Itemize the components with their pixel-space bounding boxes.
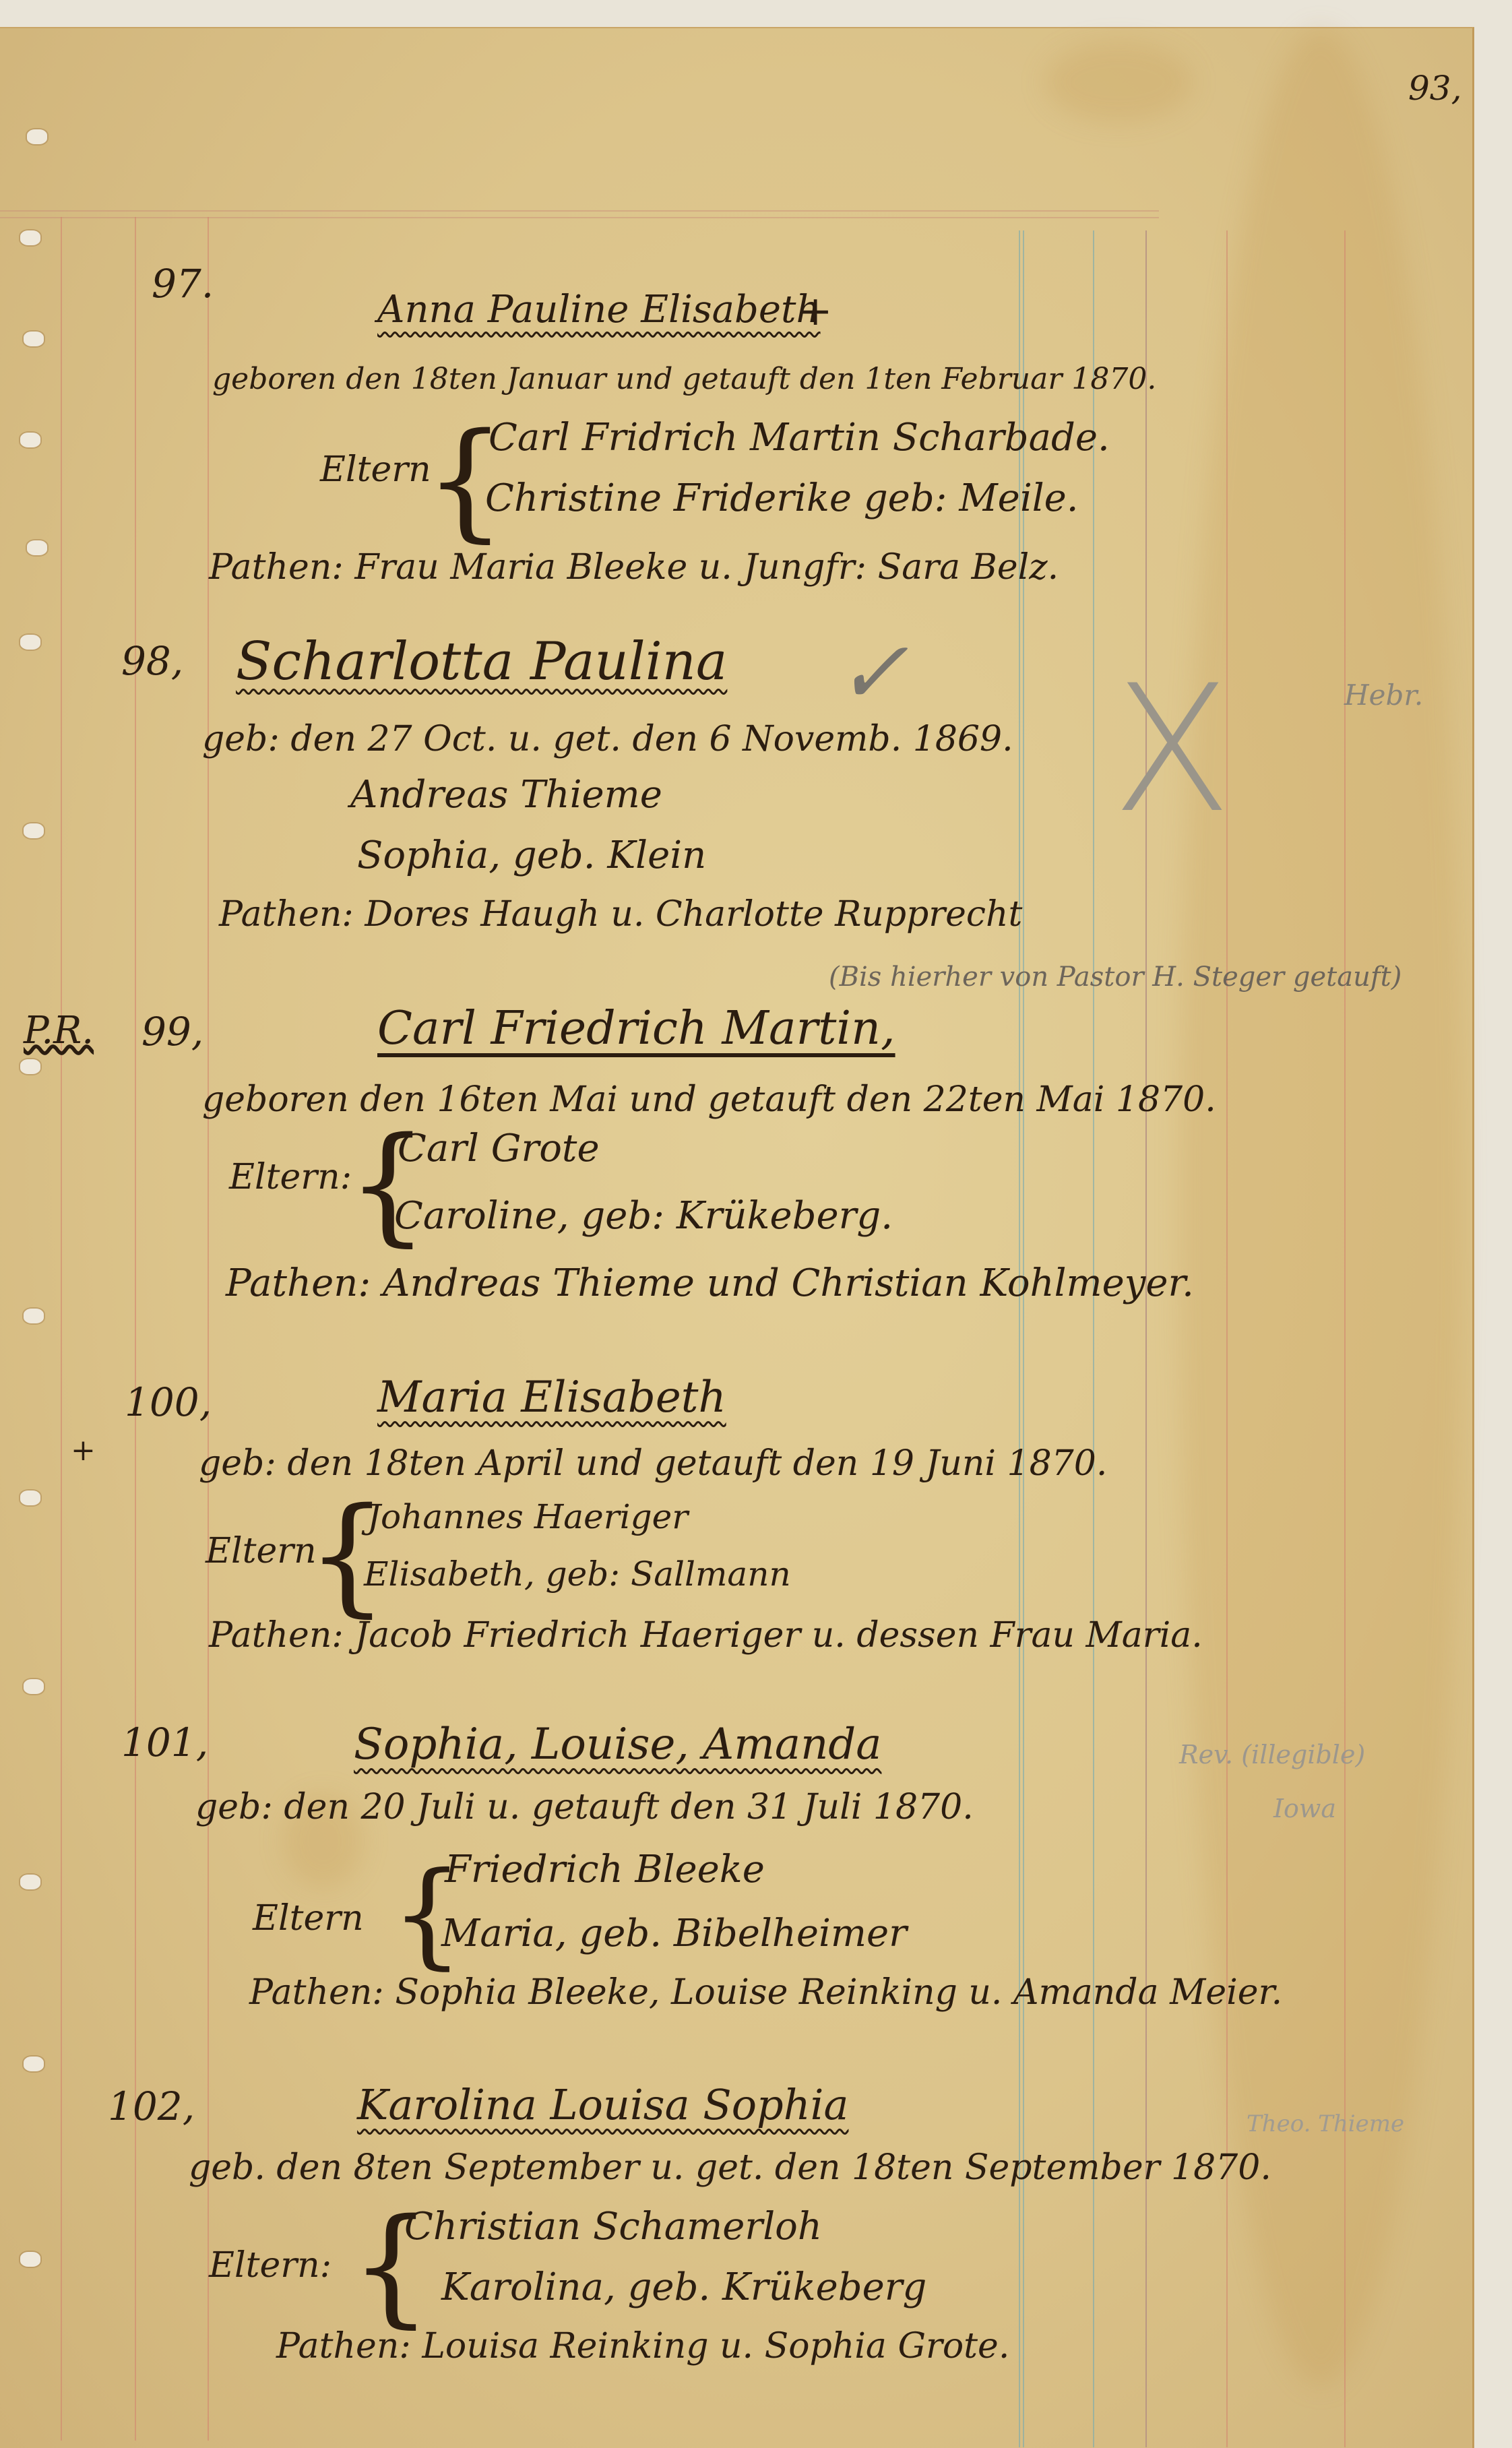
father-name: Andreas Thieme	[350, 773, 662, 817]
birth-baptism-dates: geb: den 27 Oct. u. get. den 6 Novemb. 1…	[202, 719, 1013, 759]
sponsors: Pathen: Dores Haugh u. Charlotte Rupprec…	[219, 894, 1022, 935]
binding-hole	[24, 2057, 44, 2071]
binding-hole	[24, 332, 44, 346]
binding-hole	[20, 1490, 40, 1505]
column-rule	[1145, 230, 1147, 2447]
binding-hole	[20, 2252, 40, 2267]
birth-baptism-dates: geb. den 8ten September u. get. den 18te…	[189, 2147, 1271, 2188]
child-name: Carl Friedrich Martin,	[377, 1002, 895, 1055]
death-cross-icon: +	[798, 288, 832, 335]
header-rule	[0, 217, 1159, 218]
left-margin-note: P.R.	[24, 1009, 94, 1053]
birth-baptism-dates: geboren den 18ten Januar und getauft den…	[212, 362, 1156, 396]
binding-hole	[20, 635, 40, 650]
father-name: Carl Grote	[398, 1127, 600, 1170]
father-name: Christian Schamerloh	[404, 2205, 822, 2249]
sponsors: Pathen: Jacob Friedrich Haeriger u. dess…	[209, 1615, 1203, 1656]
parents-label: Eltern	[206, 1531, 317, 1571]
parents-label: Eltern	[320, 449, 431, 490]
parents-label: Eltern:	[229, 1157, 352, 1197]
water-stain	[1044, 42, 1193, 123]
birth-baptism-dates: geb: den 20 Juli u. getauft den 31 Juli …	[195, 1787, 974, 1827]
pencil-x-mark-icon: X	[1112, 648, 1232, 852]
sponsors: Pathen: Frau Maria Bleeke u. Jungfr: Sar…	[209, 547, 1059, 588]
binding-hole	[24, 1679, 44, 1694]
header-rule	[0, 210, 1159, 212]
column-rule	[1226, 230, 1228, 2447]
binding-hole	[20, 433, 40, 447]
entry-number: 102,	[108, 2083, 195, 2129]
entry-number: 97.	[152, 261, 214, 307]
binding-hole	[20, 1875, 40, 1889]
water-stain	[1179, 28, 1462, 2387]
entry-number: 98,	[121, 638, 183, 684]
entry-number: 99,	[141, 1009, 203, 1055]
mother-name: Sophia, geb. Klein	[357, 834, 706, 877]
child-name: Anna Pauline Elisabeth	[377, 288, 821, 332]
child-name: Sophia, Louise, Amanda	[354, 1720, 881, 1769]
mother-name: Christine Friderike geb: Meile.	[485, 476, 1079, 520]
binding-hole	[20, 1059, 40, 1074]
mother-name: Maria, geb. Bibelheimer	[441, 1912, 907, 1955]
death-cross-icon: +	[71, 1433, 96, 1468]
entry-number: 100,	[125, 1379, 212, 1425]
margin-note: Hebr.	[1344, 679, 1423, 712]
binding-hole	[24, 1309, 44, 1323]
check-mark-icon: ✓	[836, 621, 909, 724]
birth-baptism-dates: geb: den 18ten April und getauft den 19 …	[199, 1443, 1107, 1484]
sponsors: Pathen: Louisa Reinking u. Sophia Grote.	[276, 2326, 1009, 2366]
margin-note: Theo. Thieme	[1247, 2110, 1404, 2137]
mother-name: Caroline, geb: Krükeberg.	[394, 1194, 893, 1238]
register-page: 93, 97. Anna Pauline Elisabeth + geboren…	[0, 27, 1474, 2448]
father-name: Friedrich Bleeke	[445, 1848, 765, 1891]
binding-hole	[24, 823, 44, 838]
margin-note: Rev. (illegible)	[1179, 1740, 1365, 1769]
child-name: Karolina Louisa Sophia	[357, 2080, 848, 2129]
mother-name: Elisabeth, geb: Sallmann	[364, 1555, 791, 1594]
binding-hole	[27, 540, 47, 555]
page-number: 93,	[1408, 69, 1462, 108]
mother-name: Karolina, geb. Krükeberg	[441, 2265, 926, 2309]
child-name: Scharlotta Paulina	[236, 631, 727, 692]
sponsors: Pathen: Andreas Thieme und Christian Koh…	[226, 1261, 1194, 1305]
sponsors: Pathen: Sophia Bleeke, Louise Reinking u…	[249, 1972, 1282, 2013]
pastor-note: (Bis hierher von Pastor H. Steger getauf…	[829, 962, 1401, 993]
column-rule	[1093, 230, 1094, 2447]
binding-hole	[27, 129, 47, 144]
margin-rule	[61, 217, 62, 2441]
parents-label: Eltern:	[209, 2245, 332, 2286]
binding-hole	[20, 230, 40, 245]
margin-note: Iowa	[1273, 1794, 1336, 1823]
father-name: Carl Fridrich Martin Scharbade.	[489, 416, 1110, 460]
entry-number: 101,	[121, 1720, 208, 1765]
father-name: Johannes Haeriger	[367, 1497, 688, 1536]
parents-label: Eltern	[253, 1898, 364, 1939]
child-name: Maria Elisabeth	[377, 1373, 726, 1422]
